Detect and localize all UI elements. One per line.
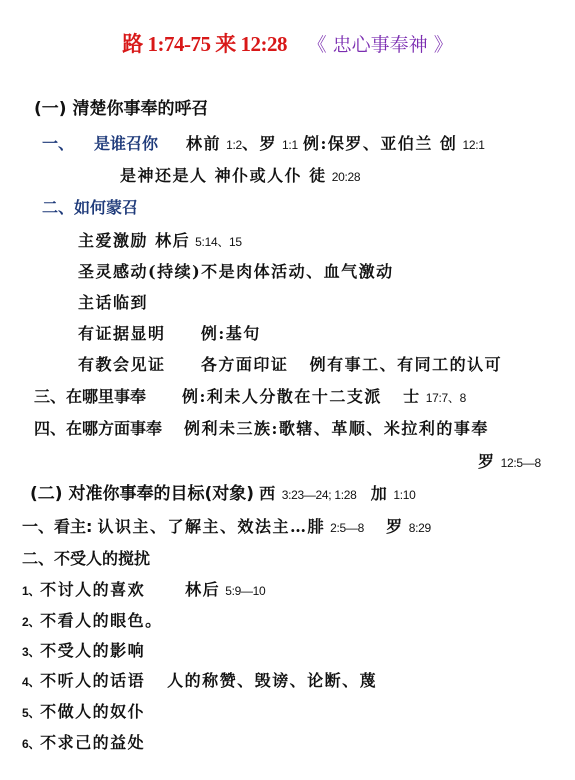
list-item-number: 4、 — [22, 675, 40, 689]
point-4-trailing-ref: 罗 12:5—8 — [478, 454, 541, 470]
list-item-extra: 人的称赞、毁谤、论断、蔑 — [167, 671, 377, 690]
point-4-text: 例利未三族:歌辖、革顺、米拉利的事奉 — [184, 419, 489, 438]
point-1-ref-3: 12:1 — [463, 138, 485, 152]
section-2-point-1-ref-2: 8:29 — [409, 521, 431, 535]
point-1-ref-2: 1:1 — [282, 138, 298, 152]
section-2-point-1-ref-1: 2:5—8 — [330, 521, 364, 535]
list-item-text: 不求己的益处 — [40, 733, 145, 752]
list-item: 1、不讨人的喜欢林后 5:9—10 — [22, 582, 265, 598]
list-item: 5、不做人的奴仆 — [22, 704, 145, 720]
point-2-item: 主爱激励 林后 5:14、15 — [78, 233, 242, 249]
point-4-title: 四、在哪方面事奉 — [34, 419, 162, 438]
section-2-heading: (二) 对准你事奉的目标(对象) — [30, 484, 254, 504]
point-1-label: 一、 — [42, 134, 74, 153]
point-1-sub-ref: 20:28 — [332, 170, 361, 184]
section-1-heading: (一) 清楚你事奉的呼召 — [34, 101, 208, 118]
list-item-number: 3、 — [22, 645, 40, 659]
section-2-point-1-title: 一、看主: — [22, 517, 92, 536]
point-3-title: 三、在哪里事奉 — [34, 387, 146, 406]
point-2-title: 二、如何蒙召 — [42, 200, 138, 216]
point-2-item: 圣灵感动(持续)不是肉体活动、血气激动 — [78, 264, 394, 280]
section-2-point-1-text-2: 罗 — [386, 517, 404, 536]
point-1-subline: 是神还是人 神仆或人仆 徒 20:28 — [120, 168, 360, 184]
section-2-ref-1: 3:23—24; 1:28 — [282, 488, 357, 502]
list-item-text: 不讨人的喜欢 — [40, 580, 145, 599]
point-2-item: 有教会见证 各方面印证 例有事工、有同工的认可 — [78, 357, 502, 373]
list-item-number: 2、 — [22, 615, 40, 629]
point-2-item: 主话临到 — [78, 295, 148, 311]
point-3-ref: 17:7、8 — [426, 391, 466, 405]
list-item-ref: 5:9—10 — [225, 584, 265, 598]
list-item: 6、不求己的益处 — [22, 735, 145, 751]
point-1-line: 一、是谁召你林前 1:2、罗 1:1 例:保罗、亚伯兰 创 12:1 — [42, 136, 485, 152]
list-item-extra: 林后 — [185, 580, 220, 599]
point-2-item-text: 主爱激励 林后 — [78, 231, 190, 250]
point-3-line: 三、在哪里事奉例:利未人分散在十二支派 士 17:7、8 — [34, 389, 466, 405]
list-item: 4、不听人的话语人的称赞、毁谤、论断、蔑 — [22, 673, 377, 689]
point-4-trail-ref: 12:5—8 — [501, 456, 541, 470]
list-item-text: 不受人的影响 — [40, 641, 145, 660]
title-theme: 《 忠心事奉神 》 — [308, 34, 453, 56]
list-item-number: 6、 — [22, 737, 40, 751]
point-2-item: 有证据显明 例:基句 — [78, 326, 261, 342]
point-2-item-ref: 5:14、15 — [195, 235, 242, 249]
list-item: 3、不受人的影响 — [22, 643, 145, 659]
title-scripture-reference: 路 1:74-75 来 12:28 — [122, 32, 287, 56]
list-item: 2、不看人的眼色。 — [22, 613, 163, 629]
section-2-ref-text-1: 西 — [259, 484, 277, 503]
list-item-text: 不做人的奴仆 — [40, 702, 145, 721]
point-1-sub-text: 是神还是人 神仆或人仆 徒 — [120, 166, 327, 185]
section-2-ref-2: 1:10 — [393, 488, 415, 502]
section-2-heading-line: (二) 对准你事奉的目标(对象) 西 3:23—24; 1:28 加 1:10 — [30, 486, 415, 503]
point-1-text: 林前 — [186, 134, 221, 153]
section-2-ref-text-2: 加 — [371, 484, 389, 503]
section-2-point-2-title: 二、不受人的搅扰 — [22, 551, 150, 567]
section-2-point-1-text: 认识主、了解主、效法主…腓 — [98, 517, 326, 536]
list-item-text: 不看人的眼色。 — [40, 611, 163, 630]
list-item-text: 不听人的话语 — [40, 671, 145, 690]
section-2-point-1-line: 一、看主: 认识主、了解主、效法主…腓 2:5—8 罗 8:29 — [22, 519, 431, 535]
point-1-ref-1: 1:2 — [226, 138, 242, 152]
page-title: 路 1:74-75 来 12:28 《 忠心事奉神 》 — [0, 34, 575, 55]
list-item-number: 1、 — [22, 584, 40, 598]
point-4-line: 四、在哪方面事奉例利未三族:歌辖、革顺、米拉利的事奉 — [34, 421, 489, 437]
point-3-text: 例:利未人分散在十二支派 士 — [182, 387, 421, 406]
point-1-title: 是谁召你 — [94, 134, 158, 153]
point-1-text-3: 例:保罗、亚伯兰 创 — [303, 134, 457, 153]
point-1-text-2: 、罗 — [242, 134, 277, 153]
point-4-trail-text: 罗 — [478, 452, 496, 471]
list-item-number: 5、 — [22, 706, 40, 720]
